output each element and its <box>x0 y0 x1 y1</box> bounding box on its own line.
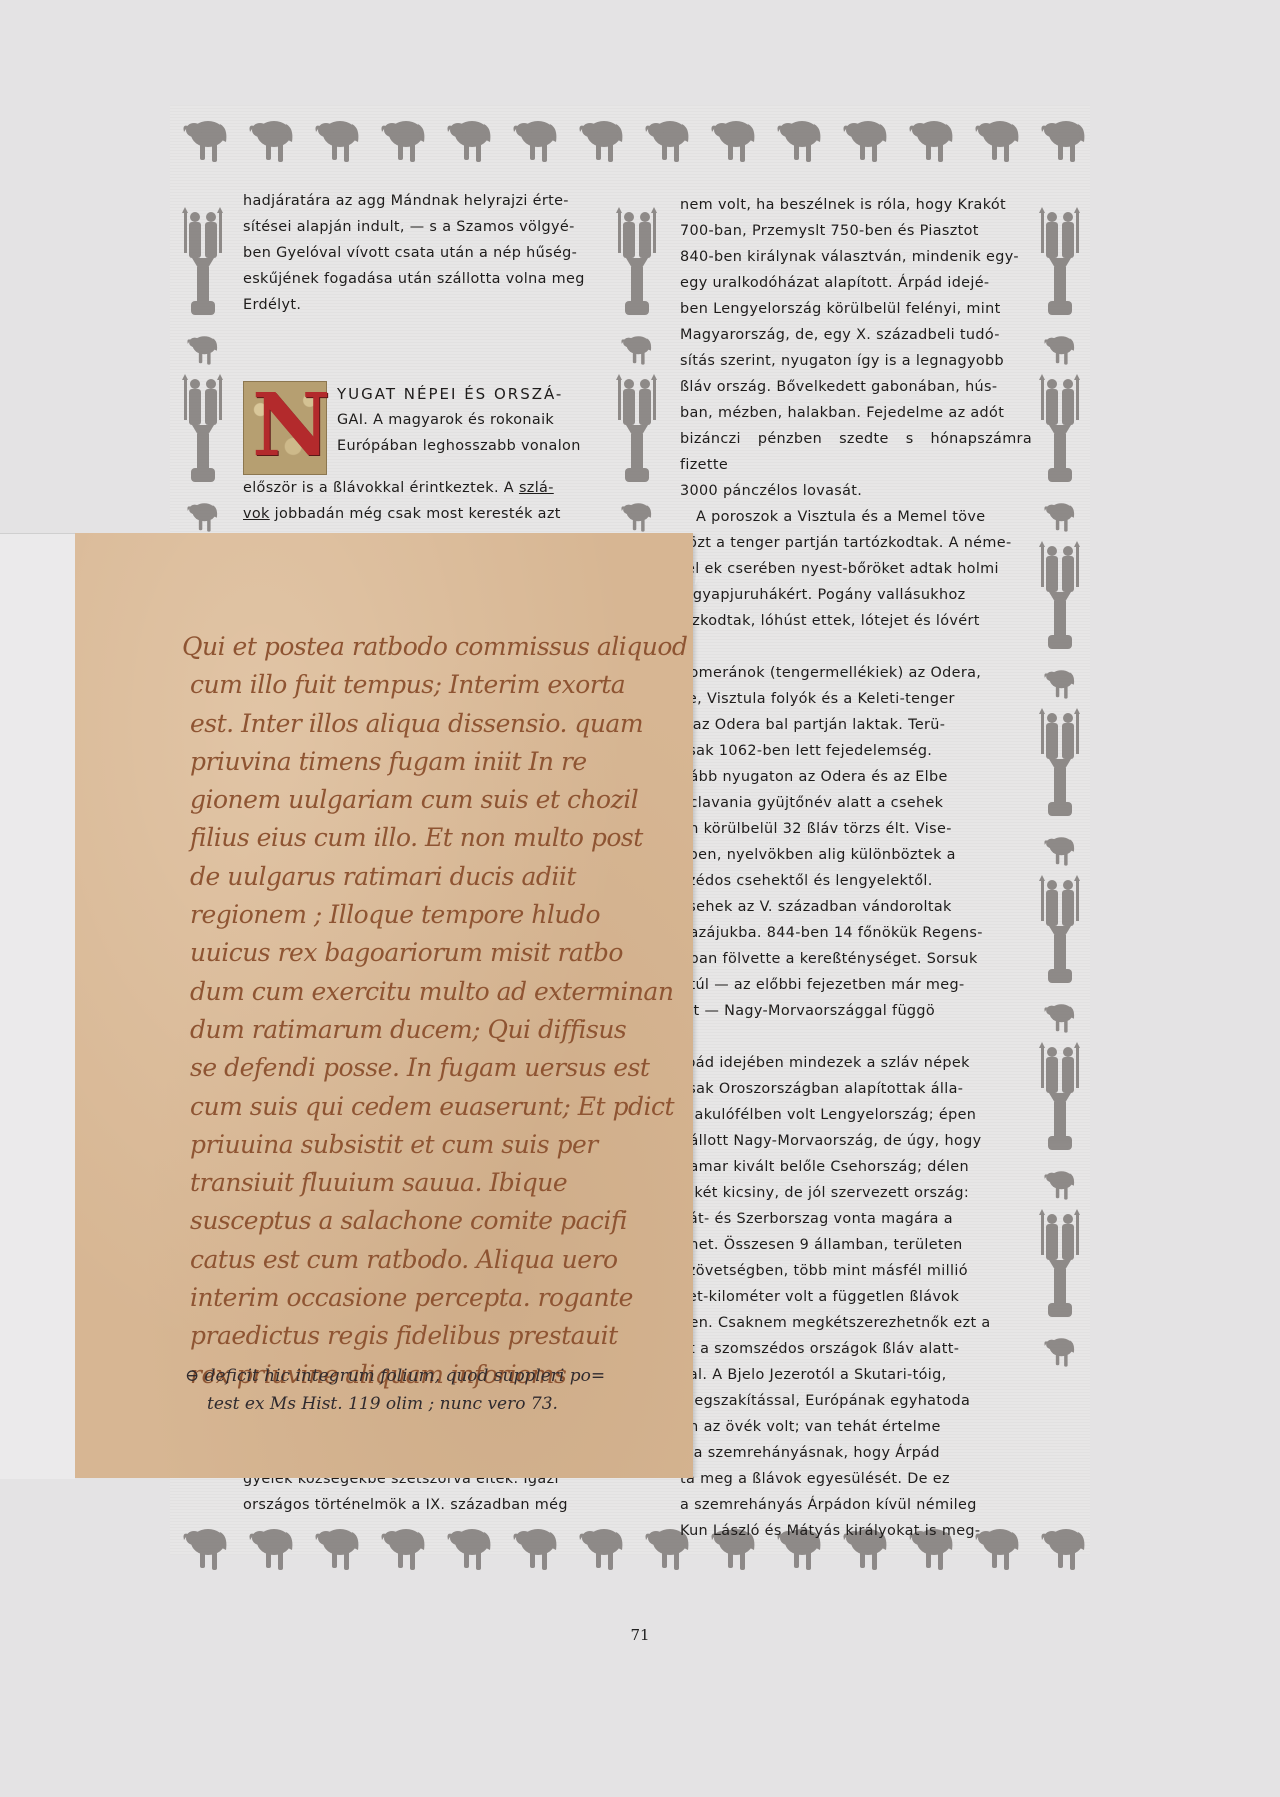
text-line: an az övék volt; van tehát értelme <box>680 1414 1032 1440</box>
bison-icon <box>1038 1520 1090 1574</box>
warrior-totem-icon <box>1037 873 1083 988</box>
text-line: országos történelmök a IX. században még <box>243 1492 601 1518</box>
manuscript-line: cum illo fuit tempus; Interim exorta <box>182 666 682 704</box>
bison-icon <box>642 112 694 166</box>
left-column-top-paragraph: hadjáratára az agg Mándnak helyrajzi ért… <box>243 188 601 318</box>
manuscript-line: Qui et postea ratbodo commissus aliquod <box>182 628 682 666</box>
szlavok-link-part1[interactable]: szlá- <box>519 480 554 496</box>
illuminated-dropcap: N <box>243 381 327 475</box>
bison-icon <box>1042 998 1078 1028</box>
bison-icon <box>774 112 826 166</box>
bison-icon <box>1042 664 1078 694</box>
bison-icon <box>246 1520 298 1574</box>
warrior-totem-icon <box>1037 205 1083 320</box>
bison-icon <box>378 1520 430 1574</box>
latin-manuscript-text: Qui et postea ratbodo commissus aliquodc… <box>182 628 682 1394</box>
manuscript-line: est. Inter illos aliqua dissensio. quam <box>182 705 682 743</box>
text-line: A poroszok a Visztula és a Memel töve <box>680 504 1032 530</box>
warrior-totem-icon <box>1037 539 1083 654</box>
manuscript-line: dum cum exercitu multo ad exterminan <box>182 973 682 1011</box>
page-number: 71 <box>620 1626 660 1644</box>
dropcap-letter: N <box>252 380 331 472</box>
text-line: z gyapjuruhákért. Pogány vallásukhoz <box>680 582 1032 608</box>
manuscript-line: filius eius cum illo. Et non multo post <box>182 819 682 857</box>
manuscript-line: gionem uulgariam cum suis et chozil <box>182 781 682 819</box>
marginal-note: ⊖ deficit hic integrum folium, quod supp… <box>185 1362 685 1418</box>
text-line: Kun László és Mátyás királyokat is meg- <box>680 1518 1032 1544</box>
bison-icon <box>619 497 655 527</box>
text-line: 840-ben királynak választván, mindenik e… <box>680 244 1032 270</box>
text-line: ben. Csaknem megkétszerezhetnők ezt a <box>680 1310 1032 1336</box>
text-line: szövetségben, több mint másfél millió <box>680 1258 1032 1284</box>
text-line: csak 1062-ben lett fejedelemség. <box>680 738 1032 764</box>
text-line: nem volt, ha beszélnek is róla, hogy Kra… <box>680 192 1032 218</box>
bison-icon <box>1038 112 1090 166</box>
text-line: csehek az V. században vándoroltak <box>680 894 1032 920</box>
bison-icon <box>1042 831 1078 861</box>
bison-icon <box>576 1520 628 1574</box>
text-line: ben Lengyelország körülbelül felényi, mi… <box>680 296 1032 322</box>
warrior-totem-icon <box>614 372 660 487</box>
bison-icon <box>619 330 655 360</box>
text-line: vok jobbadán még csak most keresték azt <box>243 501 601 527</box>
bison-icon <box>312 1520 364 1574</box>
manuscript-line: interim occasione percepta. rogante <box>182 1279 682 1317</box>
text-line: hamar kivált belőle Csehország; délen <box>680 1154 1032 1180</box>
text-line: én körülbelül 32 ßláv törzs élt. Vise- <box>680 816 1032 842</box>
manuscript-line: cum suis qui cedem euaserunt; Et pdict <box>182 1088 682 1126</box>
text-line: zet-kilométer volt a független ßlávok <box>680 1284 1032 1310</box>
bison-icon <box>312 112 364 166</box>
text-line: vát- és Szerborszag vonta magára a <box>680 1206 1032 1232</box>
bison-icon <box>444 1520 496 1574</box>
warrior-totem-icon <box>1037 706 1083 821</box>
bison-icon <box>246 112 298 166</box>
bison-icon <box>1042 1332 1078 1362</box>
text-line: ben Gyelóval vívott csata után a nép hűs… <box>243 240 601 266</box>
note-line: test ex Ms Hist. 119 olim ; nunc vero 73… <box>185 1390 685 1418</box>
bison-icon <box>576 112 628 166</box>
bison-icon <box>708 112 760 166</box>
bison-icon <box>1042 330 1078 360</box>
text-line: Magyarország, de, egy X. századbeli tudó… <box>680 322 1032 348</box>
text-line: szédos csehektől és lengyelektől. <box>680 868 1032 894</box>
text-line: 3000 pánczélos lovasát. <box>680 478 1032 504</box>
manuscript-line: uuicus rex bagoariorum misit ratbo <box>182 934 682 972</box>
text-line: hadjáratára az agg Mándnak helyrajzi ért… <box>243 188 601 214</box>
warrior-totem-icon <box>1037 1207 1083 1322</box>
text-line: ta meg a ßlávok egyesülését. De ez <box>680 1466 1032 1492</box>
bison-icon <box>1042 1165 1078 1195</box>
warrior-totem-icon <box>1037 372 1083 487</box>
text-line: Alakulófélben volt Lengyelország; épen <box>680 1102 1032 1128</box>
text-line: s az Odera bal partján laktak. Terü- <box>680 712 1032 738</box>
text-line: élt — Nagy-Morvaországgal függö <box>680 998 1032 1024</box>
text-line: pomeránok (tengermellékiek) az Odera, <box>680 660 1032 686</box>
text-line: a szemrehányás Árpádon kívül némileg <box>680 1492 1032 1518</box>
manuscript-line: regionem ; Illoque tempore hludo <box>182 896 682 934</box>
text-line: ntúl — az előbbi fejezetben már meg- <box>680 972 1032 998</box>
szlavok-link-part2[interactable]: vok <box>243 506 270 522</box>
text-line: ban, mézben, halakban. Fejedelme az adót <box>680 400 1032 426</box>
section-nyugat-nepei: N YUGAT NÉPEI ÉS ORSZÁ- GAI. A magyarok … <box>243 381 601 527</box>
text-line: sítás szerint, nyugaton így is a legnagy… <box>680 348 1032 374</box>
text-line: dább nyugaton az Odera és az Elbe <box>680 764 1032 790</box>
right-column-text: nem volt, ha beszélnek is róla, hogy Kra… <box>680 192 1032 1544</box>
manuscript-line: susceptus a salachone comite pacifi <box>182 1202 682 1240</box>
warrior-totem-icon <box>614 205 660 320</box>
top-bison-frieze <box>180 112 1090 172</box>
text-line: eskűjének fogadása után szállotta volna … <box>243 266 601 292</box>
bison-icon <box>180 112 232 166</box>
text-line: g két kicsiny, de jól szervezett ország: <box>680 1180 1032 1206</box>
text-line: . <box>680 634 1032 660</box>
manuscript-line: dum ratimarum ducem; Qui diffisus <box>182 1011 682 1049</box>
manuscript-line: se defendi posse. In fugam uersus est <box>182 1049 682 1087</box>
text-line: k a szemrehányásnak, hogy Árpád <box>680 1440 1032 1466</box>
bison-icon <box>1042 497 1078 527</box>
manuscript-line: priuuina subsistit et cum suis per <box>182 1126 682 1164</box>
warrior-totem-icon <box>180 372 226 487</box>
text-line: rpád idejében mindezek a szláv népek <box>680 1050 1032 1076</box>
manuscript-line: de uulgarus ratimari ducis adiit <box>182 858 682 896</box>
warrior-totem-icon <box>1037 1040 1083 1155</box>
bison-icon <box>972 112 1024 166</box>
manuscript-line: priuvina timens fugam iniit In re <box>182 743 682 781</box>
text-line: egy uralkodóházat alapított. Árpád idejé… <box>680 270 1032 296</box>
bison-icon <box>510 112 562 166</box>
text-line: Sclavania gyüjtőnév alatt a csehek <box>680 790 1032 816</box>
bison-icon <box>185 330 221 360</box>
text-line: megszakítással, Európának egyhatoda <box>680 1388 1032 1414</box>
manuscript-line: transiuit fluuium sauua. Ibique <box>182 1164 682 1202</box>
text-line: lmet. Összesen 9 államban, területen <box>680 1232 1032 1258</box>
text-line: tel ek cserében nyest-bőröket adtak holm… <box>680 556 1032 582</box>
text-line: 700-ban, Przemyslt 750-ben és Piasztot <box>680 218 1032 244</box>
text-line: először is a ßlávokkal érintkeztek. A sz… <box>243 475 601 501</box>
text-line: ot a szomszédos országok ßláv alatt- <box>680 1336 1032 1362</box>
bison-icon <box>444 112 496 166</box>
text-line: bizánczi pénzben szedte s hónapszámra fi… <box>680 426 1032 478</box>
text-line: hazájukba. 844-ben 14 főnökük Regens- <box>680 920 1032 946</box>
bison-icon <box>510 1520 562 1574</box>
bison-icon <box>180 1520 232 1574</box>
text-line: csak Oroszországban alapítottak álla- <box>680 1076 1032 1102</box>
bison-icon <box>378 112 430 166</box>
text-line: ßláv ország. Bővelkedett gabonában, hús- <box>680 374 1032 400</box>
text-line: sítései alapján indult, — s a Szamos völ… <box>243 214 601 240</box>
text-line: val. A Bjelo Jezerotól a Skutari-tóig, <box>680 1362 1032 1388</box>
text-line: ze, Visztula folyók és a Keleti-tenger <box>680 686 1032 712</box>
bison-icon <box>185 497 221 527</box>
text-line: kben, nyelvökben alig különböztek a <box>680 842 1032 868</box>
bison-icon <box>906 112 958 166</box>
text-line: iszkodtak, lóhúst ettek, lótejet és lóvé… <box>680 608 1032 634</box>
text-line: gban fölvette a kereßténységet. Sorsuk <box>680 946 1032 972</box>
warrior-totem-icon <box>180 205 226 320</box>
text-line: nállott Nagy-Morvaország, de úgy, hogy <box>680 1128 1032 1154</box>
manuscript-line: catus est cum ratbodo. Aliqua uero <box>182 1241 682 1279</box>
right-ornament-column <box>1030 205 1090 1374</box>
underlying-page-edge <box>0 533 75 1479</box>
manuscript-line: praedictus regis fidelibus prestauit <box>182 1317 682 1355</box>
text-line: Erdélyt. <box>243 292 601 318</box>
text-line: közt a tenger partján tartózkodtak. A né… <box>680 530 1032 556</box>
text-line: z. <box>680 1024 1032 1050</box>
note-line: ⊖ deficit hic integrum folium, quod supp… <box>185 1362 685 1390</box>
bison-icon <box>840 112 892 166</box>
